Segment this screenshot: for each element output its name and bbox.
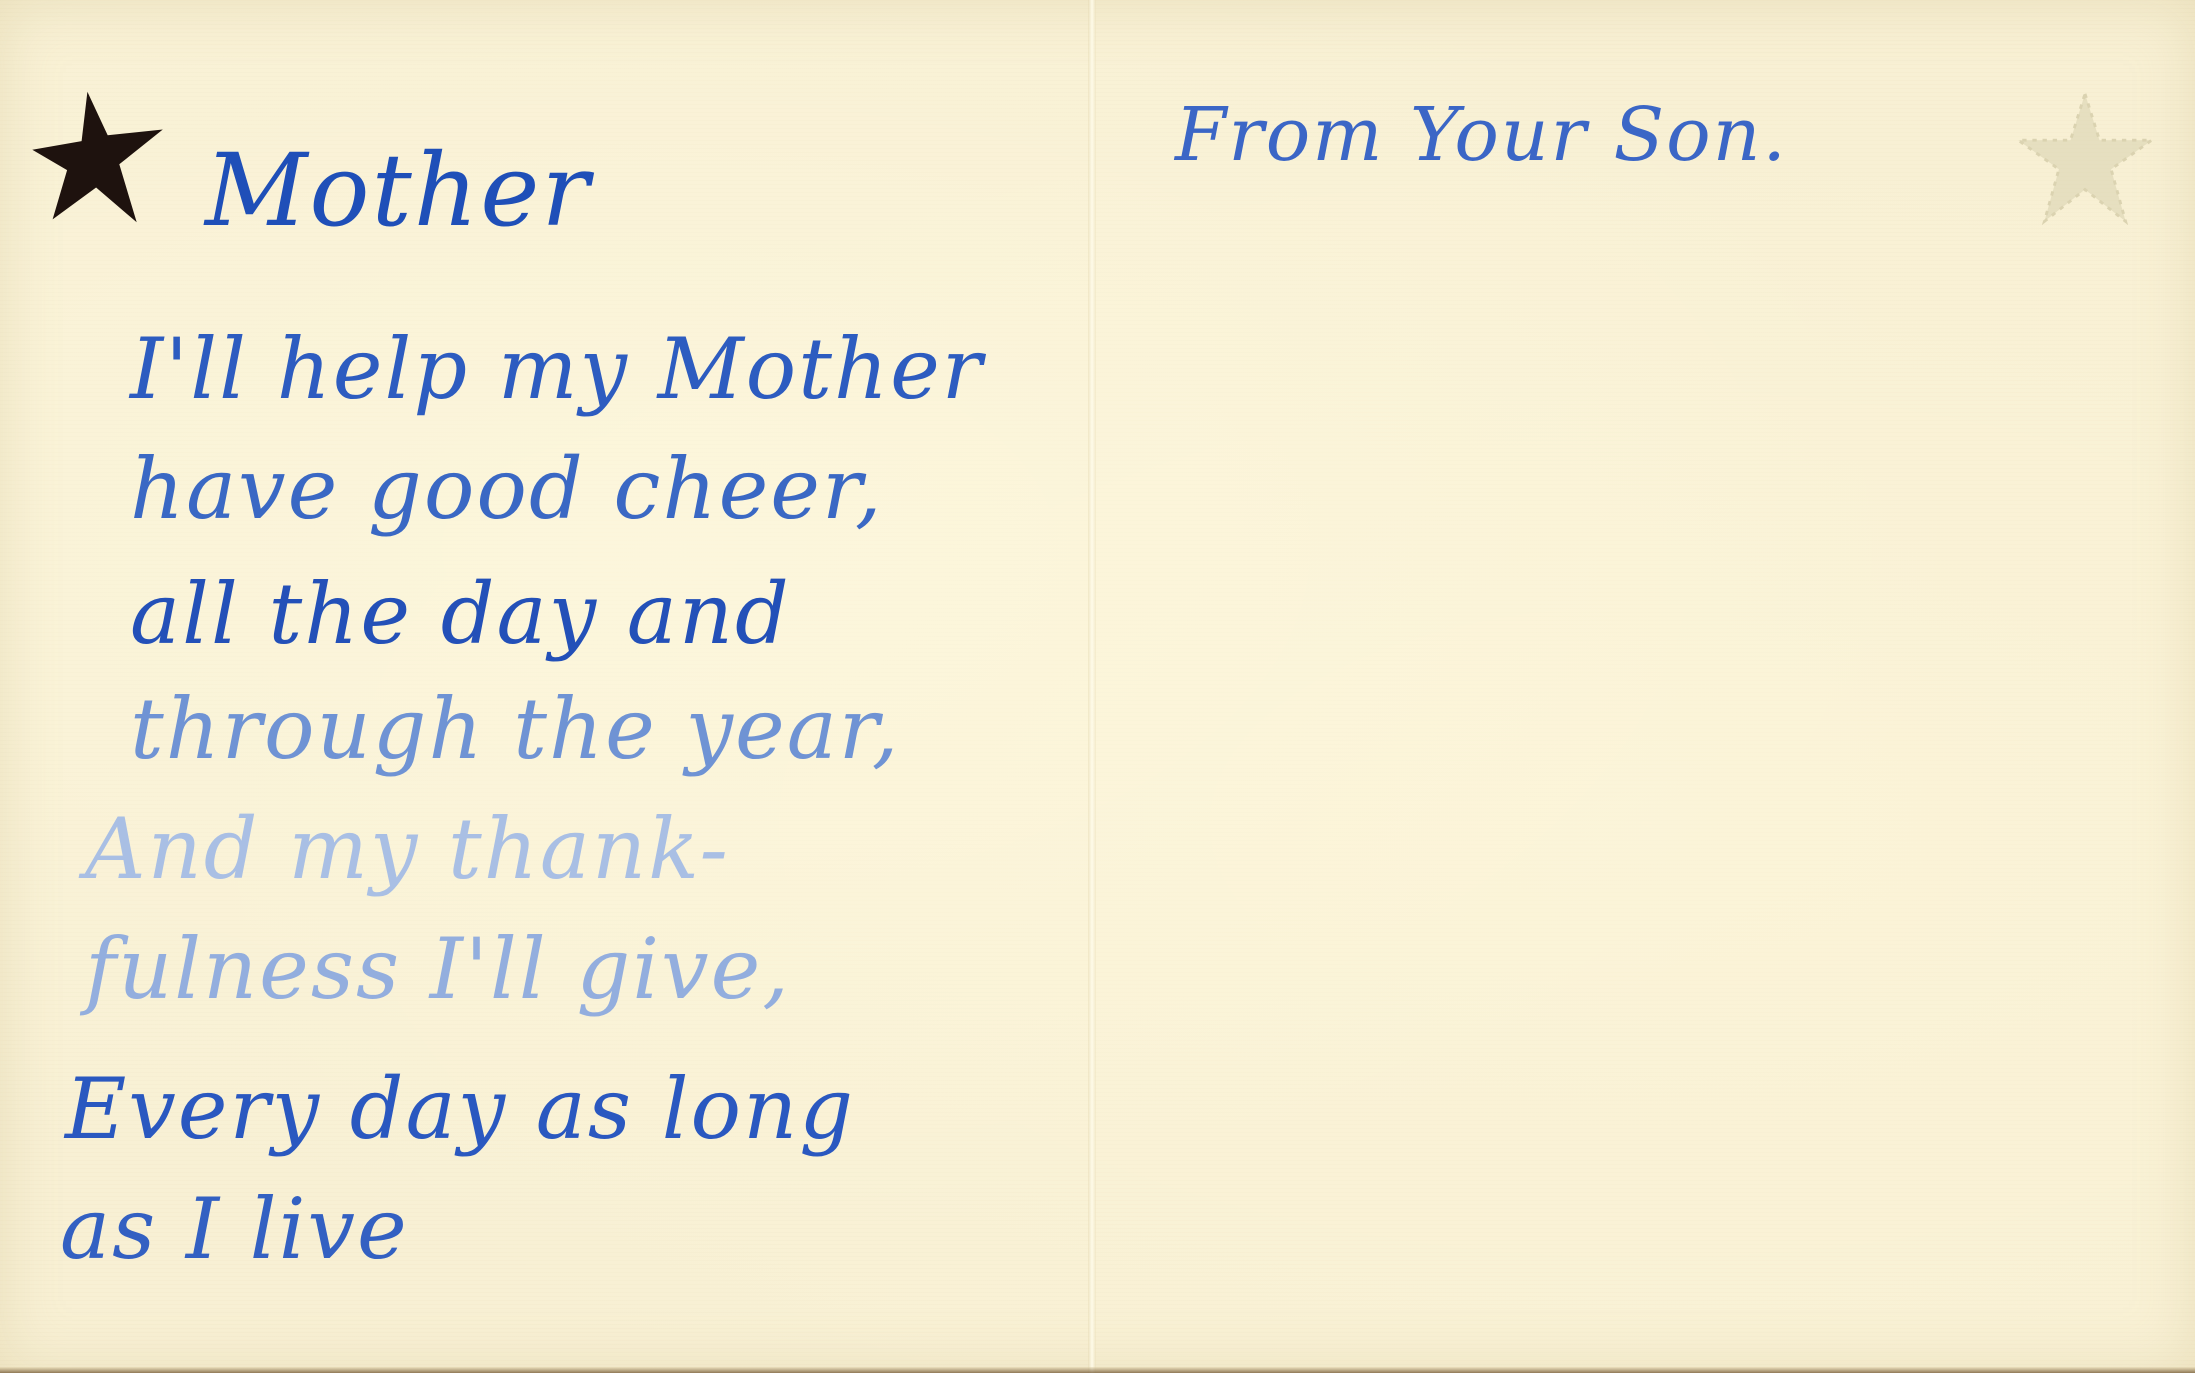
- poem-line: all the day and: [130, 565, 791, 663]
- card-bottom-edge: [0, 1367, 2195, 1373]
- poem-line: as I live: [60, 1180, 409, 1278]
- faded-star-icon: [2010, 88, 2160, 233]
- card-heading: Mother: [205, 132, 591, 249]
- star-icon: [24, 86, 174, 231]
- poem-line: through the year,: [130, 680, 900, 778]
- poem-line: have good cheer,: [130, 440, 884, 538]
- greeting-card: Mother I'll help my Mother have good che…: [0, 0, 2195, 1373]
- poem-line: And my thank-: [85, 800, 730, 898]
- signature: From Your Son.: [1175, 92, 1788, 178]
- left-panel: Mother I'll help my Mother have good che…: [0, 0, 1092, 1373]
- poem-line: Every day as long: [65, 1060, 855, 1158]
- poem-line: fulness I'll give,: [85, 920, 791, 1018]
- poem-line: I'll help my Mother: [130, 320, 984, 418]
